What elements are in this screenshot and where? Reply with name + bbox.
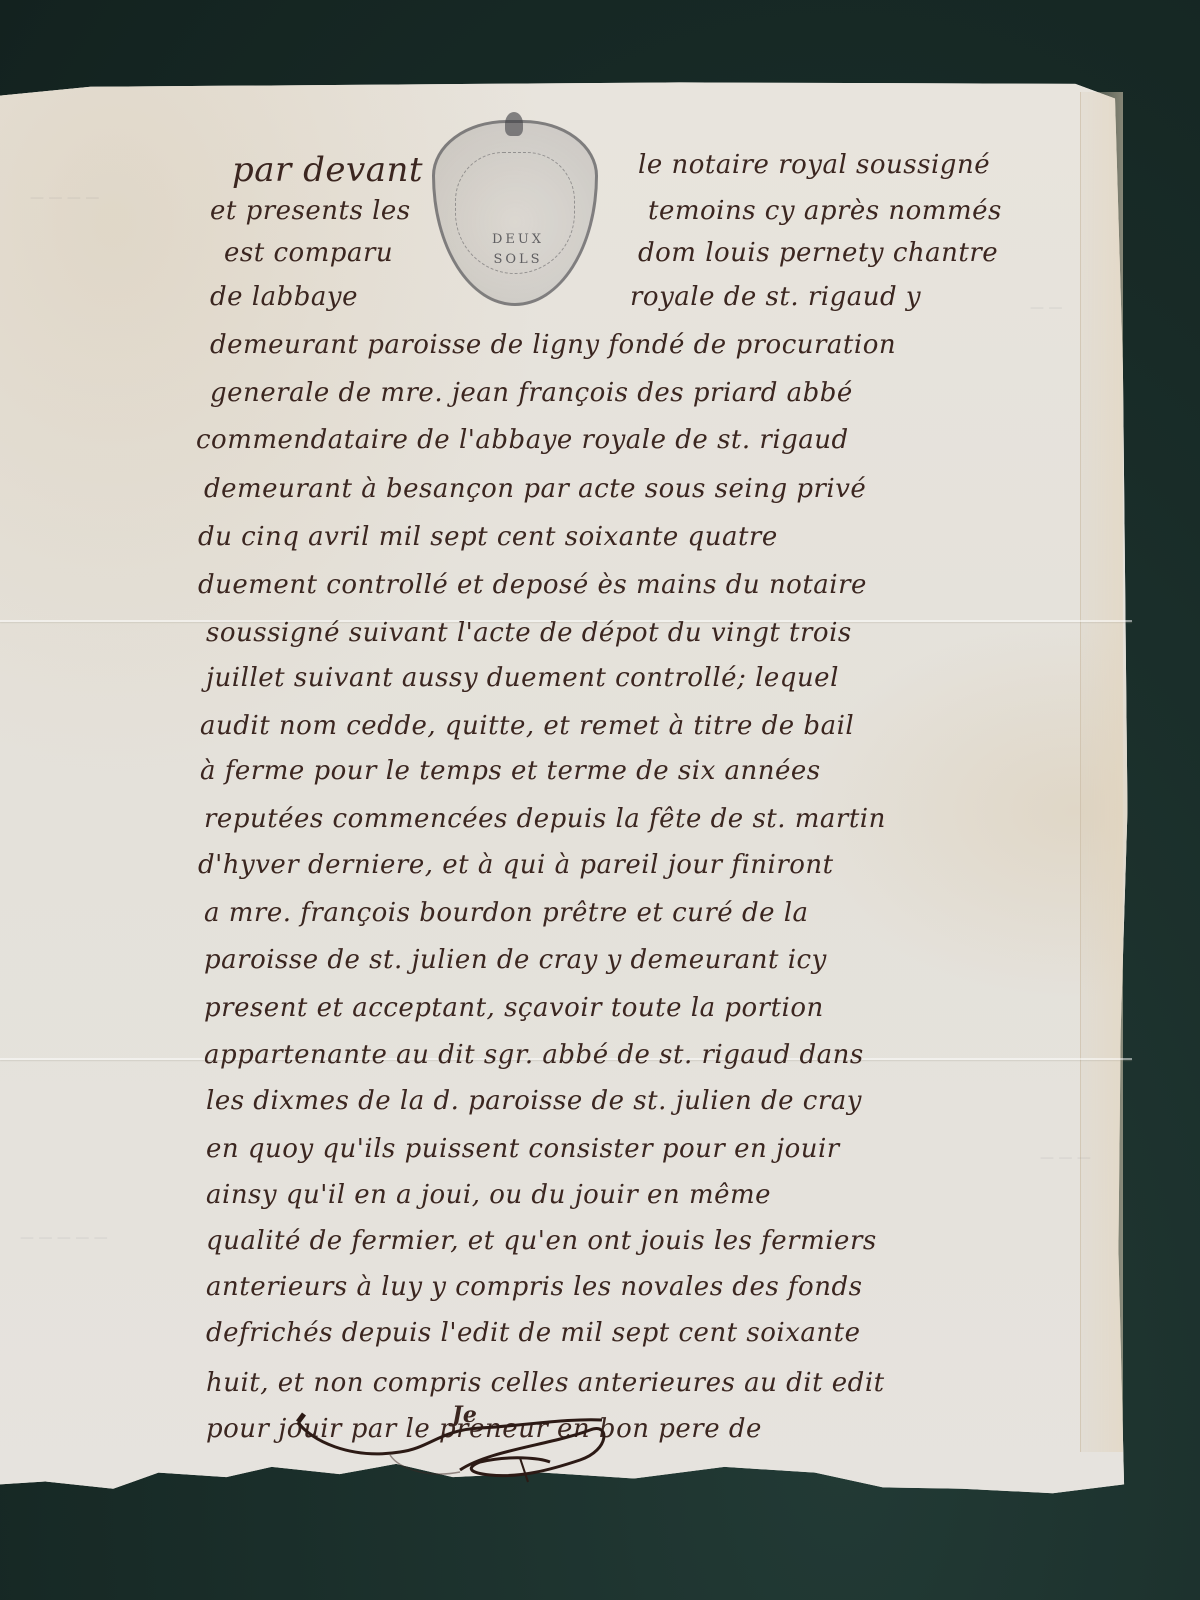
bleed-through-text: — — — [1030, 300, 1062, 316]
handwritten-line-2-right: temoins cy après nommés — [648, 196, 1002, 226]
paper-folded-edge — [1080, 92, 1123, 1452]
handwritten-line-22: en quoy qu'ils puissent consister pour e… — [206, 1134, 840, 1164]
handwritten-line-25: anterieurs à luy y compris les novales d… — [206, 1272, 862, 1302]
handwritten-line-10: duement controllé et deposé ès mains du … — [198, 570, 867, 600]
handwritten-line-24: qualité de fermier, et qu'en ont jouis l… — [206, 1226, 877, 1256]
signature-initial: Je — [452, 1402, 477, 1428]
handwritten-line-27: huit, et non compris celles anterieures … — [206, 1368, 885, 1398]
handwritten-line-9: du cinq avril mil sept cent soixante qua… — [198, 522, 778, 552]
handwritten-line-2-left: et presents les — [210, 196, 411, 226]
bleed-through-text: — — — — [1040, 1150, 1091, 1166]
stamp-text-line1: DEUX — [478, 232, 558, 247]
handwritten-line-1-right: le notaire royal soussigné — [638, 150, 990, 180]
handwritten-line-16: d'hyver derniere, et à qui à pareil jour… — [198, 850, 834, 880]
handwritten-line-17: a mre. françois bourdon prêtre et curé d… — [204, 898, 809, 928]
handwritten-line-7: commendataire de l'abbaye royale de st. … — [196, 425, 849, 455]
handwritten-line-12: juillet suivant aussy duement controllé;… — [206, 663, 839, 693]
handwritten-line-5: demeurant paroisse de ligny fondé de pro… — [210, 330, 896, 360]
handwritten-line-4-left: de labbaye — [210, 282, 358, 312]
handwritten-line-14: à ferme pour le temps et terme de six an… — [200, 756, 821, 786]
handwritten-line-4-right: royale de st. rigaud y — [630, 282, 921, 312]
handwritten-line-3-right: dom louis pernety chantre — [638, 238, 998, 268]
stamp-text-line2: SOLS — [478, 252, 558, 267]
handwritten-line-20: appartenante au dit sgr. abbé de st. rig… — [204, 1040, 864, 1070]
handwritten-line-21: les dixmes de la d. paroisse de st. juli… — [206, 1086, 862, 1116]
handwritten-line-11: soussigné suivant l'acte de dépot du vin… — [206, 618, 852, 648]
handwritten-line-8: demeurant à besançon par acte sous seing… — [204, 474, 866, 504]
handwritten-line-23: ainsy qu'il en a joui, ou du jouir en mê… — [206, 1180, 771, 1210]
handwritten-line-18: paroisse de st. julien de cray y demeura… — [204, 945, 827, 975]
bleed-through-text: — — — — — [30, 190, 99, 206]
handwritten-line-26: defrichés depuis l'edit de mil sept cent… — [206, 1318, 860, 1348]
bleed-through-text: — — — — — — [20, 1230, 108, 1246]
handwritten-line-1-left: par devant — [232, 150, 423, 190]
handwritten-line-6: generale de mre. jean françois des priar… — [210, 378, 853, 408]
handwritten-line-13: audit nom cedde, quitte, et remet à titr… — [200, 711, 854, 741]
handwritten-line-15: reputées commencées depuis la fête de st… — [204, 804, 886, 834]
handwritten-line-19: present et acceptant, sçavoir toute la p… — [204, 993, 824, 1023]
handwritten-line-3-left: est comparu — [224, 238, 393, 268]
